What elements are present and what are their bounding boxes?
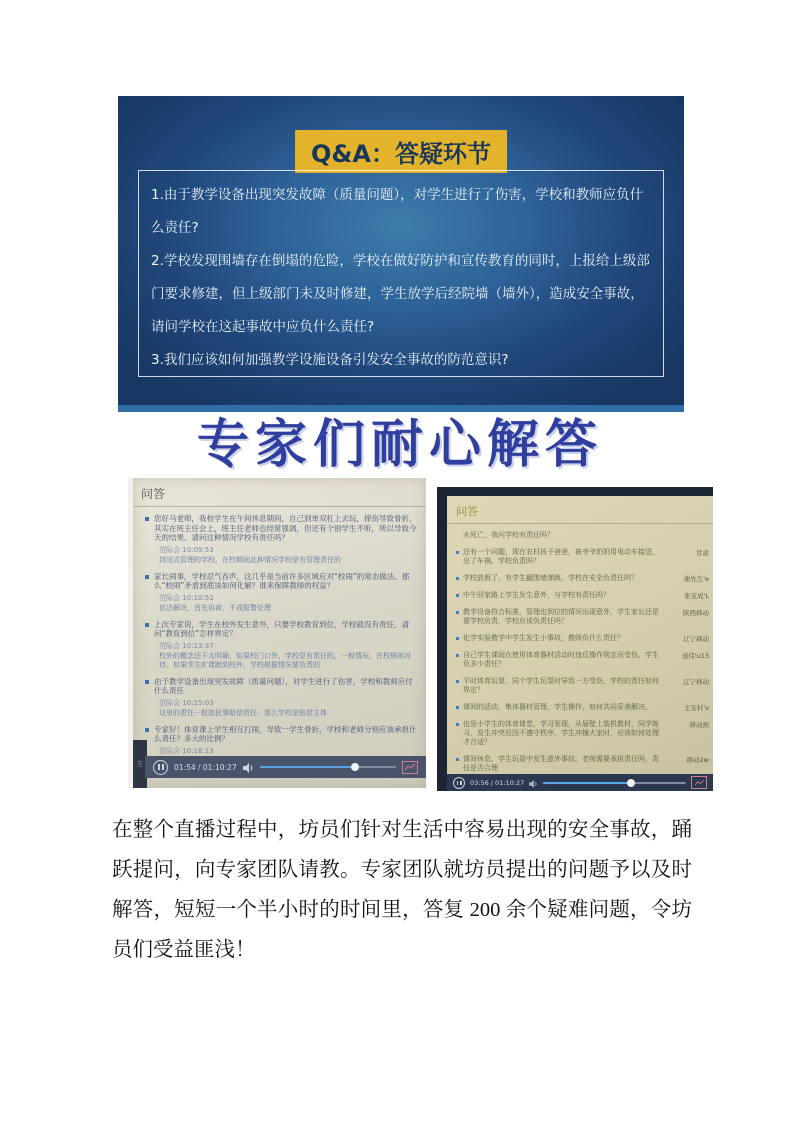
qa-question: 课间休息，学生玩耍中发生意外事故，老师需要承担责任吗，责任是否合理 (463, 755, 660, 773)
volume-icon[interactable] (529, 773, 538, 791)
chart-toggle-icon[interactable] (691, 776, 707, 789)
qa-time: 10:13:37 (182, 642, 213, 650)
qa-time: 10:16:13 (182, 747, 213, 755)
qa-row: 还有一个问题，现在农村孩子爸爸，被爷爷奶奶用电动车接送，出了车祸，学校负责吗？ … (456, 548, 709, 566)
qa-sender: 辽宁移动 (660, 677, 709, 695)
qa-question: 学校放假了，有学生翻围墙弹跳，学校在安全负责任吗？ (463, 574, 660, 583)
qa-row: 化学实验教学中学生发生小事故，教师负什么责任？ 辽宁移动 (456, 634, 709, 643)
qa-question: 平时体育玩耍，同个学生玩耍时导致一方受伤，学校的责任如何界定？ (463, 677, 660, 695)
pause-icon[interactable] (453, 777, 465, 789)
qa-question: 自己学生课间在使用体育器材活动时违反操作规定而受伤，学生负多少责任？ (463, 651, 660, 669)
qa-time: 10:10:52 (182, 594, 213, 602)
qa-row: 平时体育玩耍，同个学生玩耍时导致一方受伤，学校的责任如何界定？ 辽宁移动 (456, 677, 709, 695)
qa-time: 10:15:03 (182, 699, 213, 707)
player-time: 01:54 / 01:10:27 (174, 763, 237, 772)
qa-item: 由于教学设备出现突发故障（质量问题），对学生进行了伤害，学校和教师应付什么责任 … (145, 677, 420, 718)
qa-row: 课间的活动，集体器材管理，学生操作，如何共同妥善解决。 王安村'v (456, 703, 709, 712)
qa-question: 也是小学生的体育课堂，学习发现，从届壁上装机教材，同学练习，发生冲突后因不遵守秩… (463, 720, 660, 747)
qa-meta: 范际会 10:09:53 (159, 545, 420, 555)
bullet-icon (145, 728, 149, 732)
qa-slide-badge: Q&A：答疑环节 (295, 130, 507, 173)
right-qa-screenshot: 问答 水死亡，我问学校有责任吗？ 还有一个问题，现在农村孩子爸爸，被爷爷奶奶用电… (437, 487, 713, 791)
chart-toggle-icon[interactable] (402, 761, 418, 774)
qa-row: 中午回家路上学生发生意外，与学校有责任吗？ 张宝成'L (456, 591, 709, 600)
qa-sender: 谢先生'e (660, 574, 709, 583)
video-player-bar: 01:54 / 01:10:27 (145, 756, 426, 778)
qa-question: 还有一个问题，现在农村孩子爸爸，被爷爷奶奶用电动车接送，出了车祸，学校负责吗？ (463, 548, 660, 566)
left-panel-title: 问答 (133, 478, 426, 506)
bullet-icon (145, 575, 149, 579)
qa-answer: 依法解决，首先协商，不成报警处理 (159, 604, 420, 613)
left-qa-screenshot: 问答 您好马老师，我校学生在午间休息期间，自己到单双杠上去玩，摔伤导致骨折，其实… (128, 478, 426, 788)
right-screen-area: 问答 水死亡，我问学校有责任吗？ 还有一个问题，现在农村孩子爸爸，被爷爷奶奶用电… (447, 496, 713, 778)
progress-slider[interactable] (260, 766, 396, 768)
qa-sender: 张宝成'L (660, 591, 709, 600)
divider (133, 506, 426, 507)
qa-row: 也是小学生的体育课堂，学习发现，从届壁上装机教材，同学练习，发生冲突后因不遵守秩… (456, 720, 709, 747)
qa-slide-image: Q&A：答疑环节 1.由于教学设备出现突发故障（质量问题），对学生进行了伤害，学… (118, 96, 684, 412)
qa-meta: 范际会 10:13:37 (159, 641, 420, 651)
bullet-icon (456, 551, 459, 554)
qa-question: 化学实验教学中学生发生小事故，教师负什么责任？ (463, 634, 660, 643)
qa-question: 家长闹事，学校忍气吞声，这几乎是当前许多区域应对“校闹”的常态做法。那么“校闹”… (154, 572, 420, 591)
bullet-icon (456, 706, 459, 709)
qa-sender: 王安村'v (660, 703, 709, 712)
video-player-bar: 03:56 / 01:10:27 (447, 774, 713, 791)
qa-meta: 范际会 10:15:03 (159, 698, 420, 708)
qa-question: 上次专家说，学生在校外发生意外，只要学校教育到位，学校就没有责任，请问“教育到位… (154, 620, 420, 639)
qa-answer: 校外的概念还不太明确，如果校门口外，学校是有责任的，一般情况，在校规则对待，如果… (159, 652, 420, 670)
slide-question-1: 1.由于教学设备出现突发故障（质量问题），对学生进行了伤害，学校和教师应负什么责… (151, 179, 651, 245)
qa-item: 上次专家说，学生在校外发生意外，只要学校教育到位，学校就没有责任，请问“教育到位… (145, 620, 420, 670)
qa-row: 自己学生课间在使用体育器材活动时违反操作规定而受伤，学生负多少责任？ 递伟'u1… (456, 651, 709, 669)
qa-answer: 这里的责任一般指民事赔偿责任，那么学校是赔偿主体 (159, 709, 420, 718)
progress-slider[interactable] (543, 782, 686, 784)
qa-question: 课间的活动，集体器材管理，学生操作，如何共同妥善解决。 (463, 703, 660, 712)
bullet-icon (145, 680, 149, 684)
right-panel-title: 问答 (447, 496, 713, 523)
qa-replier: 范际会 (159, 747, 180, 755)
slide-question-2: 2.学校发现围墙存在倒塌的危险，学校在做好防护和宣传教育的同时，上报给上级部门要… (151, 245, 651, 344)
qa-row: 课间休息，学生玩耍中发生意外事故，老师需要承担责任吗，责任是否合理 移动2w (456, 755, 709, 773)
qa-question: 您好马老师，我校学生在午间休息期间，自己到单双杠上去玩，摔伤导致骨折，其实在班主… (154, 514, 420, 543)
qa-sender: 甘肃 (660, 548, 709, 566)
qa-answer: 封闭式管理的学校，在校期间此种情况学校是有管理责任的 (159, 556, 420, 565)
divider (447, 523, 713, 524)
qa-replier: 范际会 (159, 699, 180, 707)
bullet-icon (456, 758, 459, 761)
qa-sender: 陕西移动 (660, 608, 709, 626)
pause-icon[interactable] (153, 760, 168, 775)
summary-paragraph: 在整个直播过程中，坊员们针对生活中容易出现的安全事故，踊跃提问，向专家团队请教。… (112, 810, 692, 970)
qa-item: 家长闹事，学校忍气吞声，这几乎是当前许多区域应对“校闹”的常态做法。那么“校闹”… (145, 572, 420, 613)
volume-icon[interactable] (243, 758, 254, 777)
qa-slide-question-box: 1.由于教学设备出现突发故障（质量问题），对学生进行了伤害，学校和教师应负什么责… (138, 170, 664, 377)
qa-question: 由于教学设备出现突发故障（质量问题），对学生进行了伤害，学校和教师应付什么责任 (154, 677, 420, 696)
qa-item: 您好马老师，我校学生在午间休息期间，自己到单双杠上去玩，摔伤导致骨折，其实在班主… (145, 514, 420, 565)
bullet-icon (145, 623, 149, 627)
bullet-icon (456, 637, 459, 640)
bullet-icon (456, 577, 459, 580)
qa-question: 教学设备符合标准，管理也到位的情况出现意外，学生家长还是要学校负责，学校应该负责… (463, 608, 660, 626)
player-time: 03:56 / 01:10:27 (470, 779, 524, 787)
qa-question: 专家好！体育课上学生相互打闹，导致一学生骨折，学校和老师分别应该承担什么责任？多… (154, 725, 420, 744)
headline-experts-answer: 专家们耐心解答 (0, 402, 800, 477)
qa-sender: 辽宁移动 (660, 634, 709, 643)
qa-replier: 范际会 (159, 642, 180, 650)
qa-question: 中午回家路上学生发生意外，与学校有责任吗？ (463, 591, 660, 600)
qa-sender: 递伟'u13 (660, 651, 709, 669)
bullet-icon (456, 654, 459, 657)
qa-row: 教学设备符合标准，管理也到位的情况出现意外，学生家长还是要学校负责，学校应该负责… (456, 608, 709, 626)
bullet-icon (145, 517, 149, 521)
slide-question-3: 3.我们应该如何加强教学设施设备引发安全事故的防范意识? (151, 344, 651, 377)
partial-question-line: 水死亡，我问学校有责任吗？ (463, 530, 703, 540)
bullet-icon (456, 723, 459, 726)
bullet-icon (456, 594, 459, 597)
qa-meta: 范际会 10:16:13 (159, 746, 420, 756)
qa-sender: 移动2w (660, 755, 709, 773)
bullet-icon (456, 680, 459, 683)
bullet-icon (456, 611, 459, 614)
qa-time: 10:09:53 (182, 546, 213, 554)
qa-sender: 移动预 (660, 720, 709, 747)
qa-replier: 范际会 (159, 594, 180, 602)
qa-row: 学校放假了，有学生翻围墙弹跳，学校在安全负责任吗？ 谢先生'e (456, 574, 709, 583)
qa-replier: 范际会 (159, 546, 180, 554)
qa-meta: 范际会 10:10:52 (159, 593, 420, 603)
